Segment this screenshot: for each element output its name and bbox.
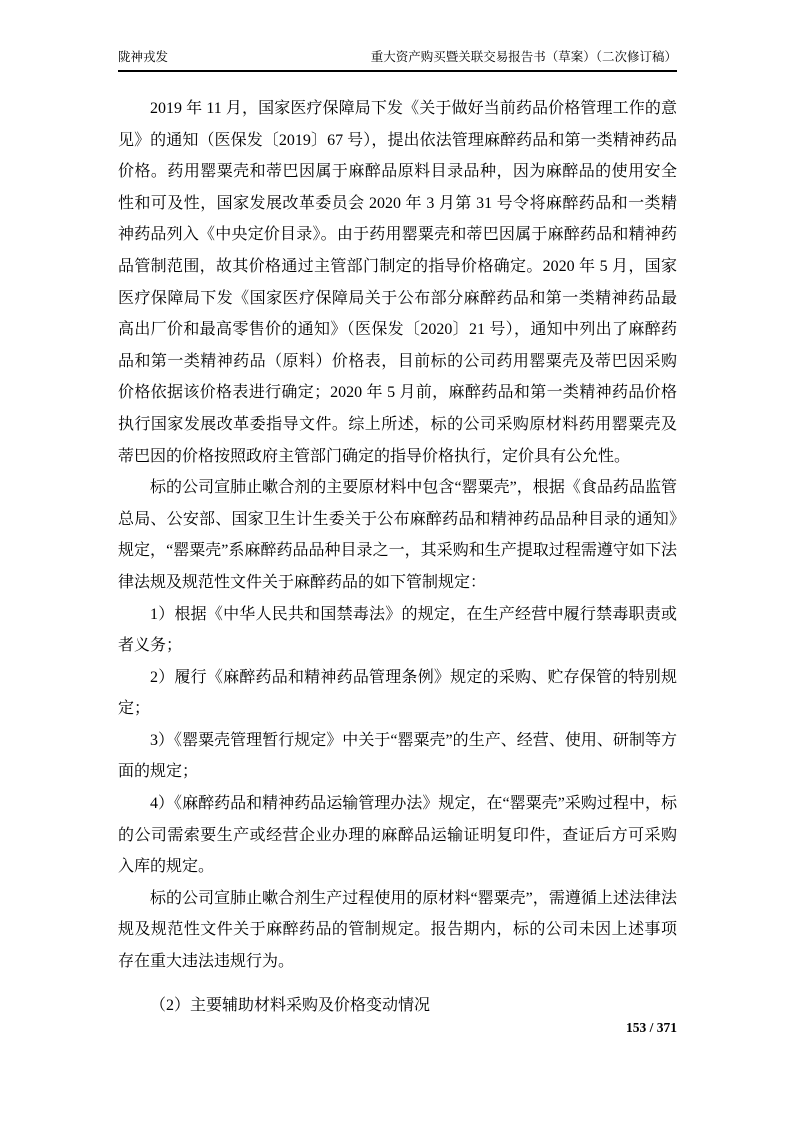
body-paragraph: 2019 年 11 月，国家医疗保障局下发《关于做好当前药品价格管理工作的意见》… bbox=[118, 93, 677, 472]
section-heading: （2）主要辅助材料采购及价格变动情况 bbox=[118, 990, 677, 1022]
body-paragraph: 2）履行《麻醉药品和精神药品管理条例》规定的采购、贮存保管的特别规定； bbox=[118, 662, 677, 725]
page-header: 陇神戎发 重大资产购买暨关联交易报告书（草案）（二次修订稿） bbox=[118, 50, 677, 72]
document-page: 陇神戎发 重大资产购买暨关联交易报告书（草案）（二次修订稿） 2019 年 11… bbox=[0, 0, 793, 1122]
body-paragraph: 标的公司宣肺止嗽合剂的主要原材料中包含“罂粟壳”，根据《食品药品监管总局、公安部… bbox=[118, 472, 677, 598]
header-report-title: 重大资产购买暨关联交易报告书（草案）（二次修订稿） bbox=[371, 50, 677, 66]
body-paragraph: 3）《罂粟壳管理暂行规定》中关于“罂粟壳”的生产、经营、使用、研制等方面的规定； bbox=[118, 725, 677, 788]
body-paragraph: 4）《麻醉药品和精神药品运输管理办法》规定，在“罂粟壳”采购过程中，标的公司需索… bbox=[118, 788, 677, 883]
document-body: 2019 年 11 月，国家医疗保障局下发《关于做好当前药品价格管理工作的意见》… bbox=[118, 93, 677, 1021]
body-paragraph: 1）根据《中华人民共和国禁毒法》的规定，在生产经营中履行禁毒职责或者义务； bbox=[118, 599, 677, 662]
body-paragraph: 标的公司宣肺止嗽合剂生产过程使用的原材料“罂粟壳”，需遵循上述法律法规及规范性文… bbox=[118, 883, 677, 978]
header-company-name: 陇神戎发 bbox=[118, 50, 168, 66]
page-number: 153 / 371 bbox=[118, 1020, 677, 1036]
